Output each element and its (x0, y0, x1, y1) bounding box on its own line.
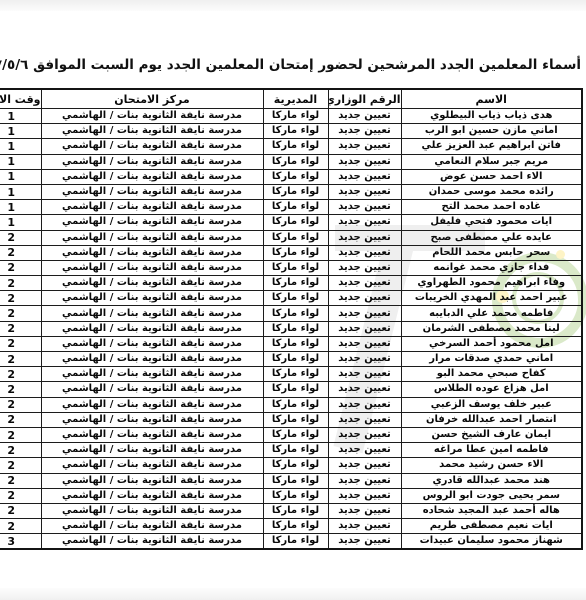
ministry-number-cell: تعيين جديد (328, 503, 401, 518)
ministry-number-cell: تعيين جديد (328, 397, 401, 412)
directorate-cell: لواء ماركا (263, 336, 328, 351)
scan-edge-bottom (0, 588, 586, 600)
exam-center-cell: مدرسة نايفة الثانوية بنات / الهاشمي (41, 245, 263, 260)
exam-time-cell: 1 (0, 200, 41, 215)
exam-time-cell: 2 (0, 443, 41, 458)
name-cell: وفاء ابراهيم محمود الطهراوي (401, 276, 582, 291)
exam-time-cell: 2 (0, 291, 41, 306)
col-header-name: الاسم (401, 89, 582, 109)
directorate-cell: لواء ماركا (263, 352, 328, 367)
ministry-number-cell: تعيين جديد (328, 276, 401, 291)
exam-center-cell: مدرسة نايفة الثانوية بنات / الهاشمي (41, 397, 263, 412)
exam-center-cell: مدرسة نايفة الثانوية بنات / الهاشمي (41, 336, 263, 351)
exam-time-cell: 2 (0, 230, 41, 245)
table-row: رائده محمد موسى حمدانتعيين جديدلواء مارك… (0, 184, 582, 199)
table-row: غاده احمد محمد التحتعيين جديدلواء ماركام… (0, 200, 582, 215)
directorate-cell: لواء ماركا (263, 473, 328, 488)
exam-center-cell: مدرسة نايفة الثانوية بنات / الهاشمي (41, 412, 263, 427)
table-row: فداء جازي محمد غوانمهتعيين جديدلواء مارك… (0, 260, 582, 275)
ministry-number-cell: تعيين جديد (328, 230, 401, 245)
name-cell: فاطمه محمد علي الدبايبه (401, 306, 582, 321)
name-cell: عايده علي مصطفى صبح (401, 230, 582, 245)
exam-center-cell: مدرسة نايفة الثانوية بنات / الهاشمي (41, 306, 263, 321)
exam-time-cell: 1 (0, 169, 41, 184)
ministry-number-cell: تعيين جديد (328, 458, 401, 473)
col-header-directorate: المديرية (263, 89, 328, 109)
name-cell: فداء جازي محمد غوانمه (401, 260, 582, 275)
ministry-number-cell: تعيين جديد (328, 291, 401, 306)
table-row: لينا محمد مصطفى الشرمانتعيين جديدلواء ما… (0, 321, 582, 336)
exam-center-cell: مدرسة نايفة الثانوية بنات / الهاشمي (41, 443, 263, 458)
directorate-cell: لواء ماركا (263, 488, 328, 503)
directorate-cell: لواء ماركا (263, 458, 328, 473)
directorate-cell: لواء ماركا (263, 139, 328, 154)
name-cell: غاده احمد محمد التح (401, 200, 582, 215)
directorate-cell: لواء ماركا (263, 260, 328, 275)
directorate-cell: لواء ماركا (263, 230, 328, 245)
ministry-number-cell: تعيين جديد (328, 488, 401, 503)
ministry-number-cell: تعيين جديد (328, 154, 401, 169)
exam-center-cell: مدرسة نايفة الثانوية بنات / الهاشمي (41, 321, 263, 336)
exam-time-cell: 1 (0, 184, 41, 199)
name-cell: سحر حابس محمد اللحام (401, 245, 582, 260)
table-header-row: الاسم الرقم الوزاري المديرية مركز الامتح… (0, 89, 582, 109)
directorate-cell: لواء ماركا (263, 412, 328, 427)
table-row: ايات محمود فتحي فليفلتعيين جديدلواء مارك… (0, 215, 582, 230)
ministry-number-cell: تعيين جديد (328, 169, 401, 184)
exam-time-cell: 1 (0, 215, 41, 230)
directorate-cell: لواء ماركا (263, 200, 328, 215)
exam-center-cell: مدرسة نايفة الثانوية بنات / الهاشمي (41, 215, 263, 230)
exam-center-cell: مدرسة نايفة الثانوية بنات / الهاشمي (41, 458, 263, 473)
name-cell: امل هزاع عوده الطلاس (401, 382, 582, 397)
exam-time-cell: 2 (0, 352, 41, 367)
table-row: ايات نعيم مصطفى طريمتعيين جديدلواء ماركا… (0, 519, 582, 534)
name-cell: سمر يحيى جودت ابو الروس (401, 488, 582, 503)
table-row: هاله أحمد عبد المجيد شحادهتعيين جديدلواء… (0, 503, 582, 518)
exam-center-cell: مدرسة نايفة الثانوية بنات / الهاشمي (41, 169, 263, 184)
ministry-number-cell: تعيين جديد (328, 306, 401, 321)
directorate-cell: لواء ماركا (263, 519, 328, 534)
exam-center-cell: مدرسة نايفة الثانوية بنات / الهاشمي (41, 382, 263, 397)
table-row: هدى ذياب ذياب البيطلويتعيين جديدلواء مار… (0, 109, 582, 124)
exam-center-cell: مدرسة نايفة الثانوية بنات / الهاشمي (41, 276, 263, 291)
table-row: اماني حمدي صدقات مرارتعيين جديدلواء مارك… (0, 352, 582, 367)
ministry-number-cell: تعيين جديد (328, 534, 401, 550)
col-header-exam-center: مركز الامتحان (41, 89, 263, 109)
directorate-cell: لواء ماركا (263, 124, 328, 139)
table-row: فاطمه محمد علي الدبايبهتعيين جديدلواء ما… (0, 306, 582, 321)
exam-center-cell: مدرسة نايفة الثانوية بنات / الهاشمي (41, 473, 263, 488)
table-row: سحر حابس محمد اللحامتعيين جديدلواء ماركا… (0, 245, 582, 260)
table-row: فاطمه امين عطا مراغهتعيين جديدلواء ماركا… (0, 443, 582, 458)
exam-time-cell: 2 (0, 321, 41, 336)
table-row: عبير خلف يوسف الزعبيتعيين جديدلواء ماركا… (0, 397, 582, 412)
name-cell: ايات محمود فتحي فليفل (401, 215, 582, 230)
exam-time-cell: 1 (0, 109, 41, 124)
directorate-cell: لواء ماركا (263, 169, 328, 184)
name-cell: لينا محمد مصطفى الشرمان (401, 321, 582, 336)
ministry-number-cell: تعيين جديد (328, 321, 401, 336)
exam-time-cell: 2 (0, 473, 41, 488)
ministry-number-cell: تعيين جديد (328, 427, 401, 442)
name-cell: هدى ذياب ذياب البيطلوي (401, 109, 582, 124)
document-page: أسماء المعلمين الجدد المرشحين لحضور إمتح… (0, 0, 586, 600)
directorate-cell: لواء ماركا (263, 367, 328, 382)
name-cell: ايات نعيم مصطفى طريم (401, 519, 582, 534)
exam-center-cell: مدرسة نايفة الثانوية بنات / الهاشمي (41, 230, 263, 245)
exam-center-cell: مدرسة نايفة الثانوية بنات / الهاشمي (41, 367, 263, 382)
exam-center-cell: مدرسة نايفة الثانوية بنات / الهاشمي (41, 124, 263, 139)
exam-center-cell: مدرسة نايفة الثانوية بنات / الهاشمي (41, 200, 263, 215)
ministry-number-cell: تعيين جديد (328, 124, 401, 139)
exam-time-cell: 2 (0, 276, 41, 291)
directorate-cell: لواء ماركا (263, 382, 328, 397)
ministry-number-cell: تعيين جديد (328, 200, 401, 215)
exam-center-cell: مدرسة نايفة الثانوية بنات / الهاشمي (41, 109, 263, 124)
directorate-cell: لواء ماركا (263, 276, 328, 291)
name-cell: عبير احمد عبد المهدي الخريبات (401, 291, 582, 306)
page-title: أسماء المعلمين الجدد المرشحين لحضور إمتح… (21, 57, 581, 73)
table-row: عبير احمد عبد المهدي الخريباتتعيين جديدل… (0, 291, 582, 306)
table-row: وفاء ابراهيم محمود الطهراويتعيين جديدلوا… (0, 276, 582, 291)
exam-time-cell: 2 (0, 412, 41, 427)
ministry-number-cell: تعيين جديد (328, 184, 401, 199)
directorate-cell: لواء ماركا (263, 397, 328, 412)
teachers-table: الاسم الرقم الوزاري المديرية مركز الامتح… (0, 88, 583, 550)
ministry-number-cell: تعيين جديد (328, 352, 401, 367)
table-row: شهناز محمود سليمان عبيداتتعيين جديدلواء … (0, 534, 582, 550)
table-row: كفاح صبحي محمد البوتعيين جديدلواء ماركام… (0, 367, 582, 382)
name-cell: امل محمود أحمد السرخي (401, 336, 582, 351)
exam-time-cell: 1 (0, 154, 41, 169)
table-row: ايمان عارف الشيخ حسنتعيين جديدلواء ماركا… (0, 427, 582, 442)
directorate-cell: لواء ماركا (263, 503, 328, 518)
exam-center-cell: مدرسة نايفة الثانوية بنات / الهاشمي (41, 352, 263, 367)
exam-center-cell: مدرسة نايفة الثانوية بنات / الهاشمي (41, 427, 263, 442)
ministry-number-cell: تعيين جديد (328, 382, 401, 397)
table-row: امل محمود أحمد السرخيتعيين جديدلواء مارك… (0, 336, 582, 351)
table-row: انتصار احمد عبدالله خرفانتعيين جديدلواء … (0, 412, 582, 427)
table-row: سمر يحيى جودت ابو الروستعيين جديدلواء ما… (0, 488, 582, 503)
exam-time-cell: 3 (0, 534, 41, 550)
directorate-cell: لواء ماركا (263, 245, 328, 260)
exam-center-cell: مدرسة نايفة الثانوية بنات / الهاشمي (41, 519, 263, 534)
directorate-cell: لواء ماركا (263, 109, 328, 124)
name-cell: ايمان عارف الشيخ حسن (401, 427, 582, 442)
table-row: عايده علي مصطفى صبحتعيين جديدلواء ماركام… (0, 230, 582, 245)
name-cell: الاء احمد حسن عوض (401, 169, 582, 184)
exam-time-cell: 2 (0, 519, 41, 534)
col-header-exam-time: وقت الامتحان (0, 89, 41, 109)
ministry-number-cell: تعيين جديد (328, 260, 401, 275)
directorate-cell: لواء ماركا (263, 184, 328, 199)
exam-time-cell: 2 (0, 306, 41, 321)
directorate-cell: لواء ماركا (263, 291, 328, 306)
exam-time-cell: 2 (0, 488, 41, 503)
ministry-number-cell: تعيين جديد (328, 443, 401, 458)
directorate-cell: لواء ماركا (263, 306, 328, 321)
col-header-ministry-number: الرقم الوزاري (328, 89, 401, 109)
exam-center-cell: مدرسة نايفة الثانوية بنات / الهاشمي (41, 488, 263, 503)
name-cell: هاله أحمد عبد المجيد شحاده (401, 503, 582, 518)
ministry-number-cell: تعيين جديد (328, 367, 401, 382)
exam-time-cell: 2 (0, 382, 41, 397)
exam-time-cell: 2 (0, 260, 41, 275)
exam-center-cell: مدرسة نايفة الثانوية بنات / الهاشمي (41, 184, 263, 199)
exam-time-cell: 2 (0, 503, 41, 518)
table-row: مريم جبر سلام النعاميتعيين جديدلواء مارك… (0, 154, 582, 169)
name-cell: الاء حسن رشيد محمد (401, 458, 582, 473)
name-cell: مريم جبر سلام النعامي (401, 154, 582, 169)
exam-time-cell: 1 (0, 124, 41, 139)
exam-center-cell: مدرسة نايفة الثانوية بنات / الهاشمي (41, 154, 263, 169)
name-cell: هند محمد عبدالله قادري (401, 473, 582, 488)
name-cell: فاتن ابراهيم عبد العزيز علي (401, 139, 582, 154)
exam-center-cell: مدرسة نايفة الثانوية بنات / الهاشمي (41, 291, 263, 306)
ministry-number-cell: تعيين جديد (328, 139, 401, 154)
directorate-cell: لواء ماركا (263, 443, 328, 458)
name-cell: عبير خلف يوسف الزعبي (401, 397, 582, 412)
name-cell: اماني مازن حسين ابو الرب (401, 124, 582, 139)
directorate-cell: لواء ماركا (263, 534, 328, 550)
ministry-number-cell: تعيين جديد (328, 412, 401, 427)
exam-center-cell: مدرسة نايفة الثانوية بنات / الهاشمي (41, 503, 263, 518)
name-cell: فاطمه امين عطا مراغه (401, 443, 582, 458)
scan-edge-top (0, 0, 586, 11)
exam-time-cell: 2 (0, 367, 41, 382)
exam-time-cell: 1 (0, 139, 41, 154)
table-row: امل هزاع عوده الطلاستعيين جديدلواء ماركا… (0, 382, 582, 397)
table-row: الاء احمد حسن عوضتعيين جديدلواء ماركامدر… (0, 169, 582, 184)
name-cell: كفاح صبحي محمد البو (401, 367, 582, 382)
name-cell: شهناز محمود سليمان عبيدات (401, 534, 582, 550)
directorate-cell: لواء ماركا (263, 215, 328, 230)
ministry-number-cell: تعيين جديد (328, 336, 401, 351)
exam-time-cell: 2 (0, 458, 41, 473)
table-row: فاتن ابراهيم عبد العزيز عليتعيين جديدلوا… (0, 139, 582, 154)
name-cell: رائده محمد موسى حمدان (401, 184, 582, 199)
table-row: هند محمد عبدالله قادريتعيين جديدلواء مار… (0, 473, 582, 488)
directorate-cell: لواء ماركا (263, 154, 328, 169)
ministry-number-cell: تعيين جديد (328, 215, 401, 230)
table-row: اماني مازن حسين ابو الربتعيين جديدلواء م… (0, 124, 582, 139)
table-row: الاء حسن رشيد محمدتعيين جديدلواء ماركامد… (0, 458, 582, 473)
exam-time-cell: 2 (0, 245, 41, 260)
ministry-number-cell: تعيين جديد (328, 109, 401, 124)
ministry-number-cell: تعيين جديد (328, 473, 401, 488)
exam-time-cell: 2 (0, 397, 41, 412)
exam-time-cell: 2 (0, 427, 41, 442)
ministry-number-cell: تعيين جديد (328, 519, 401, 534)
exam-center-cell: مدرسة نايفة الثانوية بنات / الهاشمي (41, 534, 263, 550)
name-cell: انتصار احمد عبدالله خرفان (401, 412, 582, 427)
exam-center-cell: مدرسة نايفة الثانوية بنات / الهاشمي (41, 260, 263, 275)
table-body: هدى ذياب ذياب البيطلويتعيين جديدلواء مار… (0, 109, 582, 550)
exam-time-cell: 2 (0, 336, 41, 351)
directorate-cell: لواء ماركا (263, 321, 328, 336)
ministry-number-cell: تعيين جديد (328, 245, 401, 260)
name-cell: اماني حمدي صدقات مرار (401, 352, 582, 367)
directorate-cell: لواء ماركا (263, 427, 328, 442)
exam-center-cell: مدرسة نايفة الثانوية بنات / الهاشمي (41, 139, 263, 154)
